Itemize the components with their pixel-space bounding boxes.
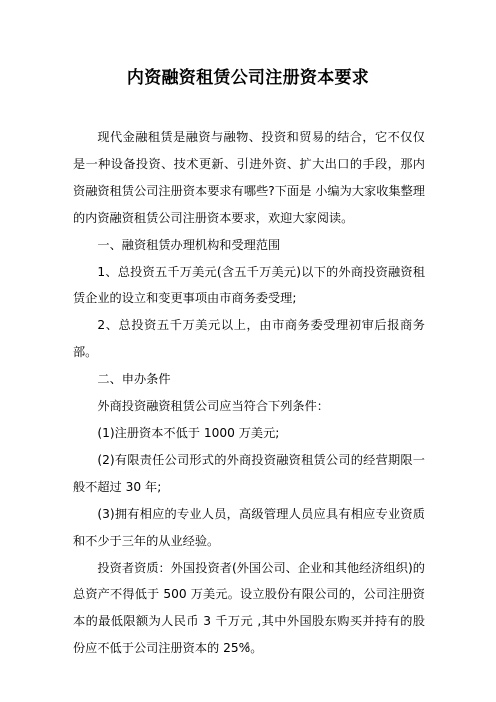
document-body: 现代金融租赁是融资与融物、投资和贸易的结合，它不仅仅是一种设备投资、技术更新、引… [73, 124, 425, 662]
page-number: 1 [0, 641, 496, 649]
conditions-intro: 外商投资融资租赁公司应当符合下列条件： [73, 393, 425, 420]
section-heading-1: 一、融资租赁办理机构和受理范围 [73, 232, 425, 259]
condition-2: (2)有限责任公司形式的外商投资融资租赁公司的经营期限一般不超过 30 年; [73, 447, 425, 501]
paragraph-item-2: 2、总投资五千万美元以上，由市商务委受理初审后报商务部。 [73, 312, 425, 366]
document-page: 内资融资租赁公司注册资本要求 现代金融租赁是融资与融物、投资和贸易的结合，它不仅… [0, 0, 496, 702]
document-title: 内资融资租赁公司注册资本要求 [0, 66, 496, 90]
condition-1: (1)注册资本不低于 1000 万美元; [73, 420, 425, 447]
condition-3: (3)拥有相应的专业人员，高级管理人员应具有相应专业资质和不少于三年的从业经验。 [73, 501, 425, 555]
section-heading-2: 二、申办条件 [73, 366, 425, 393]
intro-paragraph: 现代金融租赁是融资与融物、投资和贸易的结合，它不仅仅是一种设备投资、技术更新、引… [73, 124, 425, 232]
paragraph-item-1: 1、总投资五千万美元(含五千万美元)以下的外商投资融资租赁企业的设立和变更事项由… [73, 259, 425, 313]
